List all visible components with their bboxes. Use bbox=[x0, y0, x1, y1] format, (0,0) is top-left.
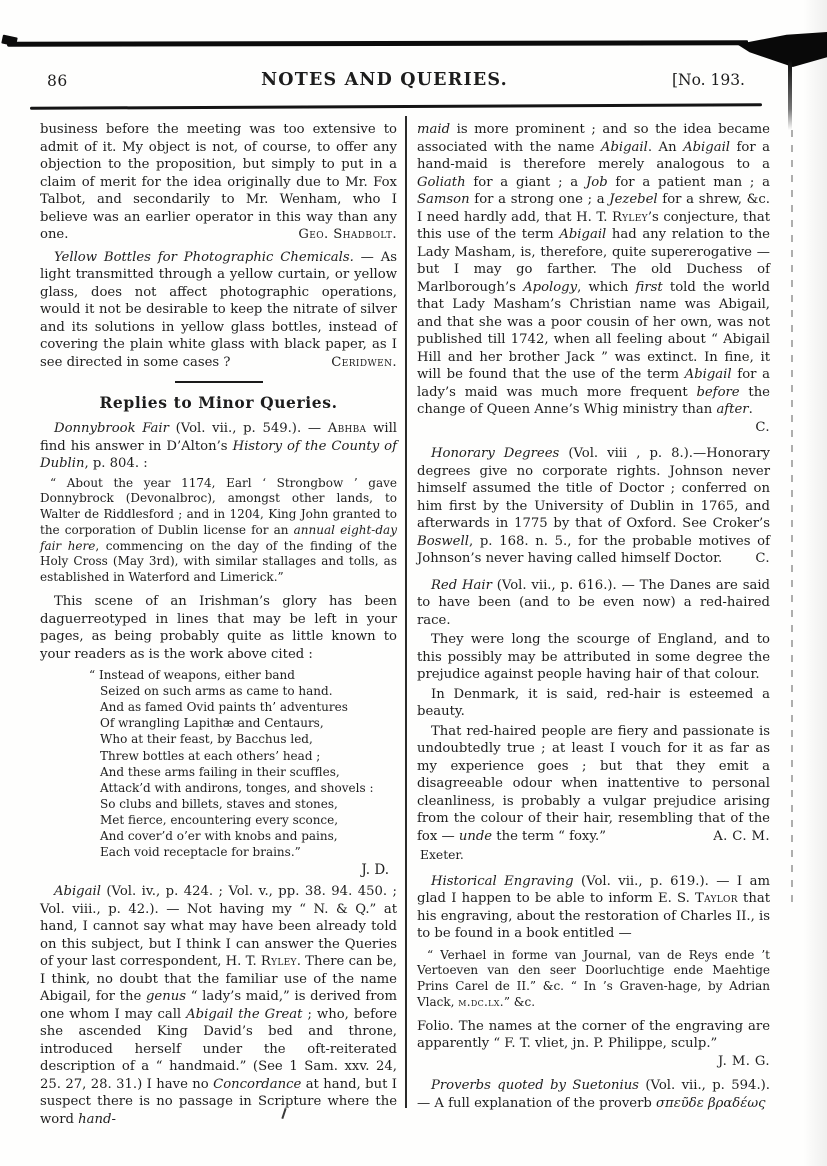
reply-red-hair: Red Hair (Vol. vii., p. 616.). — The Dan… bbox=[417, 577, 770, 630]
poem-line: Of wrangling Lapithæ and Centaurs, bbox=[100, 715, 397, 731]
signature-shadbolt: Geo. Shadbolt. bbox=[288, 226, 397, 244]
donnybrook-comment-text: This scene of an Irishman’s glory has be… bbox=[40, 594, 397, 662]
poem-line: And as famed Ovid paints th’ adventures bbox=[100, 699, 397, 715]
reply-abigail-continued-text: maid is more prominent ; and so the idea… bbox=[417, 122, 770, 417]
query-yellow-bottles-text: Yellow Bottles for Photographic Chemical… bbox=[40, 250, 397, 370]
poem-line: Who at their feast, by Bacchus led, bbox=[100, 731, 397, 747]
reply-proverbs-suetonius: Proverbs quoted by Suetonius (Vol. vii.,… bbox=[417, 1077, 770, 1112]
torn-edge-notch-artifact bbox=[1, 35, 18, 47]
reply-red-hair-para2: They were long the scourge of England, a… bbox=[417, 631, 770, 684]
signature-c-1: C. bbox=[745, 419, 770, 437]
poem-line: And cover’d o’er with knobs and pains, bbox=[100, 828, 397, 844]
poem-line: “ Instead of weapons, either band bbox=[100, 667, 397, 683]
reply-abigail-continued: maid is more prominent ; and so the idea… bbox=[417, 121, 770, 436]
reply-historical-engraving-text: Historical Engraving (Vol. vii., p. 619.… bbox=[417, 874, 770, 942]
reply-honorary-degrees: Honorary Degrees (Vol. viii , p. 8.).—Ho… bbox=[417, 445, 770, 568]
reply-donnybrook-text: Donnybrook Fair (Vol. vii., p. 549.). — … bbox=[40, 421, 397, 471]
signature-j-m-g: J. M. G. bbox=[708, 1053, 770, 1071]
reply-historical-engraving: Historical Engraving (Vol. vii., p. 619.… bbox=[417, 873, 770, 943]
signature-c-2: C. bbox=[745, 550, 770, 568]
reply-shadbolt-text: business before the meeting was too exte… bbox=[40, 122, 397, 242]
poem-line: Threw bottles at each others’ head ; bbox=[100, 748, 397, 764]
reply-abigail-text: Abigail (Vol. iv., p. 424. ; Vol. v., pp… bbox=[40, 884, 397, 1127]
reply-abigail: Abigail (Vol. iv., p. 424. ; Vol. v., pp… bbox=[40, 883, 397, 1128]
reply-red-hair-text: Red Hair (Vol. vii., p. 616.). — The Dan… bbox=[417, 578, 770, 628]
section-heading-replies: Replies to Minor Queries. bbox=[40, 393, 397, 413]
page-edge-shade bbox=[803, 0, 827, 1166]
reply-red-hair-para3-text: In Denmark, it is said, red-hair is este… bbox=[417, 687, 770, 720]
poem-line: Seized on such arms as came to hand. bbox=[100, 683, 397, 699]
poem-line: Attack’d with andirons, tonges, and shov… bbox=[100, 780, 397, 796]
engraving-comment: Folio. The names at the corner of the en… bbox=[417, 1018, 770, 1071]
reply-proverbs-suetonius-text: Proverbs quoted by Suetonius (Vol. vii.,… bbox=[417, 1078, 770, 1111]
query-yellow-bottles: Yellow Bottles for Photographic Chemical… bbox=[40, 249, 397, 372]
poem-line: So clubs and billets, staves and stones, bbox=[100, 796, 397, 812]
reply-honorary-degrees-text: Honorary Degrees (Vol. viii , p. 8.).—Ho… bbox=[417, 446, 770, 566]
poem-line: And these arms failing in their scuffles… bbox=[100, 764, 397, 780]
issue-number: [No. 193. bbox=[672, 71, 745, 89]
torn-edge-artifact bbox=[7, 40, 748, 46]
reply-red-hair-para4-text: That red-haired people are fiery and pas… bbox=[417, 724, 770, 844]
reply-red-hair-para2-text: They were long the scourge of England, a… bbox=[417, 632, 770, 682]
reply-shadbolt: business before the meeting was too exte… bbox=[40, 121, 397, 244]
reply-red-hair-para4: That red-haired people are fiery and pas… bbox=[417, 723, 770, 846]
page-corner-shadow-artifact bbox=[788, 60, 792, 130]
left-column: business before the meeting was too exte… bbox=[40, 121, 397, 1133]
engraving-quotation-text: “ Verhael in forme van Journal, van de R… bbox=[417, 948, 770, 1009]
engraving-quotation: “ Verhael in forme van Journal, van de R… bbox=[417, 948, 770, 1011]
header-rule bbox=[30, 103, 762, 109]
binding-edge-dots-artifact bbox=[791, 130, 793, 910]
donnybrook-quotation-text: “ About the year 1174, Earl ‘ Strongbow … bbox=[40, 476, 397, 585]
poem-line: Met fierce, encountering every sconce, bbox=[100, 812, 397, 828]
engraving-comment-text: Folio. The names at the corner of the en… bbox=[417, 1019, 770, 1052]
poem-line: Each void receptacle for brains.” bbox=[100, 844, 397, 860]
column-divider bbox=[405, 116, 407, 1108]
reply-donnybrook-fair: Donnybrook Fair (Vol. vii., p. 549.). — … bbox=[40, 420, 397, 473]
right-column: maid is more prominent ; and so the idea… bbox=[417, 121, 770, 1117]
section-separator-rule bbox=[175, 381, 263, 383]
donnybrook-quotation: “ About the year 1174, Earl ‘ Strongbow … bbox=[40, 476, 397, 587]
journal-title: NOTES AND QUERIES. bbox=[0, 70, 769, 90]
signature-ceridwen: Ceridwen. bbox=[321, 354, 397, 372]
reply-red-hair-para3: In Denmark, it is said, red-hair is este… bbox=[417, 686, 770, 721]
scanned-page: 86 NOTES AND QUERIES. [No. 193. business… bbox=[0, 0, 827, 1166]
donnybrook-comment: This scene of an Irishman’s glory has be… bbox=[40, 593, 397, 663]
red-hair-place: Exeter. bbox=[420, 847, 770, 865]
donnybrook-poem: “ Instead of weapons, either bandSeized … bbox=[100, 667, 397, 860]
signature-j-d: J. D. bbox=[40, 862, 389, 878]
signature-a-c-m: A. C. M. bbox=[703, 828, 770, 846]
